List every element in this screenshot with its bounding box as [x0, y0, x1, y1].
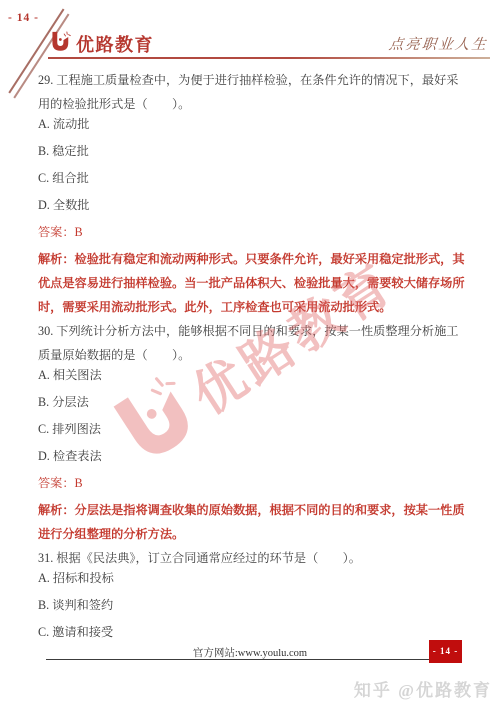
option-b: B. 稳定批 [38, 145, 470, 158]
zhihu-watermark: 知乎 @优路教育 [354, 676, 492, 701]
answer-line: 答案：B [38, 477, 470, 490]
question-stem: 31. 根据《民法典》，订立合同通常应经过的环节是（ ）。 [38, 546, 470, 570]
option-a: A. 招标和投标 [38, 572, 470, 585]
question-block-29: 29. 工程施工质量检查中，为便于进行抽样检验，在条件允许的情况下，最好采用的检… [38, 68, 470, 319]
option-b: B. 分层法 [38, 396, 470, 409]
footer-divider [46, 659, 431, 660]
question-stem: 29. 工程施工质量检查中，为便于进行抽样检验，在条件允许的情况下，最好采用的检… [38, 68, 470, 116]
option-b: B. 谈判和签约 [38, 599, 470, 612]
document-page: - 14 - 优路教育 点亮职业人生 29. 工程施工质量检查中，为便于进行抽样… [0, 0, 500, 708]
option-d: D. 全数批 [38, 199, 470, 212]
option-a: A. 流动批 [38, 118, 470, 131]
top-page-number: - 14 - [8, 12, 39, 24]
option-d: D. 检查表法 [38, 450, 470, 463]
option-c: C. 排列图法 [38, 423, 470, 436]
question-block-30: 30. 下列统计分析方法中，能够根据不同目的和要求，按某一性质整理分析施工质量原… [38, 319, 470, 546]
question-content: 29. 工程施工质量检查中，为便于进行抽样检验，在条件允许的情况下，最好采用的检… [0, 58, 500, 653]
youlu-logo-icon [49, 29, 71, 59]
option-c: C. 组合批 [38, 172, 470, 185]
brand-name: 优路教育 [76, 31, 154, 57]
brand-slogan: 点亮职业人生 [388, 33, 489, 54]
option-c: C. 邀请和接受 [38, 626, 470, 639]
option-a: A. 相关图法 [38, 369, 470, 382]
analysis-text: 解析：检验批有稳定和流动两种形式。只要条件允许，最好采用稳定批形式，其优点是容易… [38, 247, 470, 319]
question-stem: 30. 下列统计分析方法中，能够根据不同目的和要求，按某一性质整理分析施工质量原… [38, 319, 470, 367]
question-block-31: 31. 根据《民法典》，订立合同通常应经过的环节是（ ）。 A. 招标和投标 B… [38, 546, 470, 639]
analysis-text: 解析：分层法是指将调查收集的原始数据，根据不同的目的和要求，按某一性质进行分组整… [38, 498, 470, 546]
answer-line: 答案：B [38, 226, 470, 239]
header-logo: 优路教育 [49, 29, 154, 59]
